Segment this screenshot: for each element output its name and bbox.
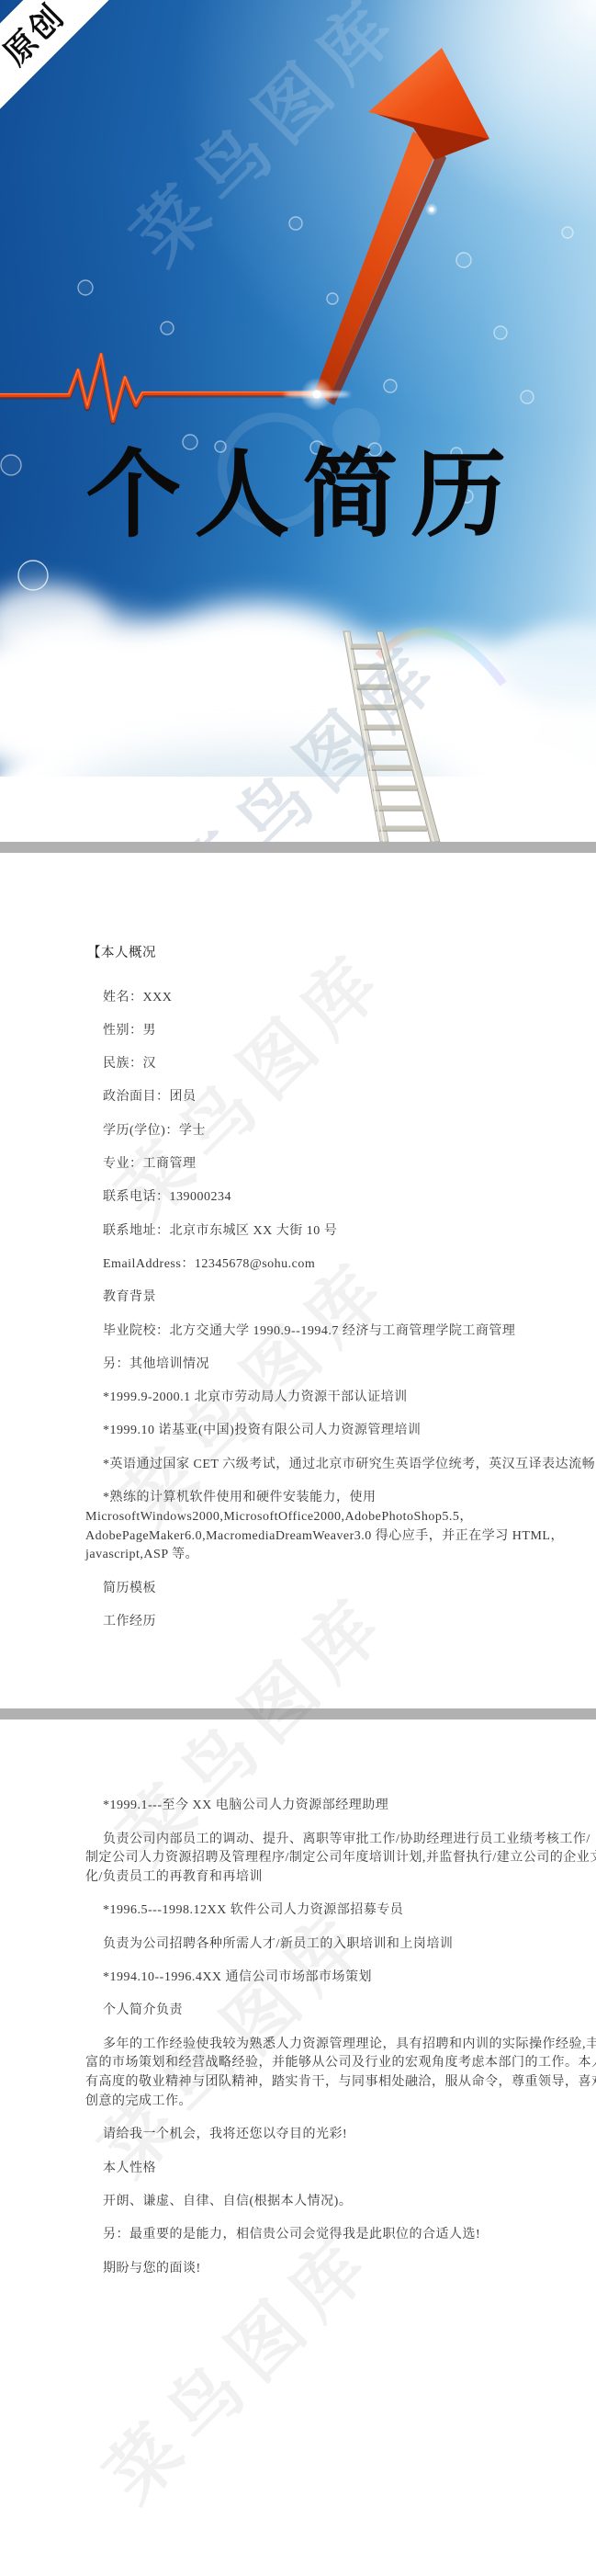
resume-line: 个人简介负责: [0, 1985, 596, 2018]
line-text: 期盼与您的面谈!: [103, 2262, 201, 2276]
line-text: 工作经历: [103, 1615, 156, 1629]
line-text: *熟练的计算机软件使用和硬件安装能力，使用: [103, 1491, 377, 1505]
resume-line: 专业：工商管理: [0, 1139, 596, 1172]
resume-line: 工作经历: [0, 1596, 596, 1629]
line-text: 政治面目：团员: [103, 1090, 197, 1105]
line-text: 请给我一个机会，我将还您以夺目的光彩!: [103, 2128, 347, 2142]
rainbow: [378, 631, 503, 684]
line-text: 创意的完成工作。: [85, 2094, 192, 2109]
resume-line: *1999.10 诺基亚(中国)投资有限公司人力资源管理培训: [0, 1405, 596, 1438]
line-text: 多年的工作经验使我较为熟悉人力资源管理理论，具有招聘和内训的实际操作经验,丰: [103, 2037, 596, 2052]
resume-line: 请给我一个机会，我将还您以夺目的光彩!: [0, 2109, 596, 2142]
line-text: 制定公司人力资源招聘及管理程序/制定公司年度培训计划,并监督执行/建立公司的企业…: [85, 1851, 596, 1866]
resume-line: 政治面目：团员: [0, 1072, 596, 1105]
line-text: 个人简介负责: [103, 2003, 183, 2018]
resume-line: *1999.1---至今 XX 电脑公司人力资源部经理助理: [0, 1780, 596, 1813]
line-text: 联系电话：139000234: [103, 1190, 231, 1205]
ladder-artwork: [0, 0, 596, 842]
resume-line: MicrosoftWindows2000,MicrosoftOffice2000…: [0, 1505, 596, 1525]
line-text: 性别：男: [103, 1024, 156, 1038]
resume-line: 另：其他培训情况: [0, 1339, 596, 1372]
line-text: *1999.1---至今 XX 电脑公司人力资源部经理助理: [103, 1799, 388, 1813]
resume-line: 有高度的敬业精神与团队精神，踏实肯干，与同事相处融洽，服从命令，尊重领导，喜欢有: [0, 2071, 596, 2090]
resume-line: 本人性格: [0, 2142, 596, 2175]
line-text: AdobePageMaker6.0,MacromediaDreamWeaver3…: [85, 1529, 564, 1544]
line-text: 化/负责员工的再教育和再培训: [85, 1870, 263, 1885]
resume-line: 学历(学位)：学士: [0, 1105, 596, 1138]
resume-line: *1996.5---1998.12XX 软件公司人力资源部招募专员: [0, 1885, 596, 1918]
line-text: 简历模板: [103, 1582, 156, 1596]
line-text: javascript,ASP 等。: [85, 1548, 198, 1562]
line-text: *1996.5---1998.12XX 软件公司人力资源部招募专员: [103, 1903, 403, 1918]
resume-line: 简历模板: [0, 1562, 596, 1595]
resume-line: 制定公司人力资源招聘及管理程序/制定公司年度培训计划,并监督执行/建立公司的企业…: [0, 1847, 596, 1867]
resume-line: *英语通过国家 CET 六级考试，通过北京市研究生英语学位统考，英汉互译表达流畅: [0, 1438, 596, 1471]
resume-line: 姓名：XXX: [0, 971, 596, 1004]
resume-page-1: 【本人概况姓名：XXX性别：男民族：汉政治面目：团员学历(学位)：学士专业：工商…: [0, 853, 596, 1708]
line-text: 联系地址：北京市东城区 XX 大街 10 号: [103, 1224, 337, 1239]
line-text: *1999.10 诺基亚(中国)投资有限公司人力资源管理培训: [103, 1424, 421, 1438]
divider-bar: [0, 1708, 596, 1719]
divider-bar: [0, 842, 596, 853]
line-text: 毕业院校：北方交通大学 1990.9--1994.7 经济与工商管理学院工商管理: [103, 1324, 515, 1339]
line-text: *英语通过国家 CET 六级考试，通过北京市研究生英语学位统考，英汉互译表达流畅: [103, 1458, 595, 1472]
resume-line: *1994.10--1996.4XX 通信公司市场部市场策划: [0, 1952, 596, 1985]
line-text: 教育背景: [103, 1290, 156, 1305]
line-text: 【本人概况: [87, 946, 156, 960]
resume-line: 联系地址：北京市东城区 XX 大街 10 号: [0, 1205, 596, 1238]
resume-title: 个人简历: [0, 448, 596, 543]
line-text: 民族：汉: [103, 1057, 156, 1072]
line-text: 另：最重要的是能力，相信贵公司会觉得我是此职位的合适人选!: [103, 2228, 480, 2242]
resume-line: EmailAddress：12345678@sohu.com: [0, 1239, 596, 1272]
resume-line: 【本人概况: [0, 927, 596, 960]
line-text: *1999.9-2000.1 北京市劳动局人力资源干部认证培训: [103, 1390, 408, 1405]
resume-line: 化/负责员工的再教育和再培训: [0, 1866, 596, 1885]
line-text: MicrosoftWindows2000,MicrosoftOffice2000…: [85, 1510, 473, 1525]
resume-line: 性别：男: [0, 1005, 596, 1038]
resume-line: 富的市场策划和经营战略经验，并能够从公司及行业的宏观角度考虑本部门的工作。本人具: [0, 2052, 596, 2071]
line-text: 另：其他培训情况: [103, 1357, 209, 1372]
resume-line: 期盼与您的面谈!: [0, 2242, 596, 2275]
resume-line: *熟练的计算机软件使用和硬件安装能力，使用: [0, 1472, 596, 1505]
resume-line: 开朗、谦虚、自律、自信(根据本人情况)。: [0, 2176, 596, 2209]
resume-line: *1999.9-2000.1 北京市劳动局人力资源干部认证培训: [0, 1372, 596, 1405]
line-text: 姓名：XXX: [103, 991, 172, 1005]
ladder: [343, 631, 440, 842]
resume-line: AdobePageMaker6.0,MacromediaDreamWeaver3…: [0, 1525, 596, 1544]
line-text: 专业：工商管理: [103, 1157, 197, 1172]
resume-poster: 菜鸟图库: [0, 0, 596, 2576]
line-text: EmailAddress：12345678@sohu.com: [103, 1257, 315, 1272]
line-text: 开朗、谦虚、自律、自信(根据本人情况)。: [103, 2195, 352, 2209]
hero-image: 菜鸟图库: [0, 0, 596, 842]
line-text: 本人性格: [103, 2162, 156, 2176]
resume-line: 多年的工作经验使我较为熟悉人力资源管理理论，具有招聘和内训的实际操作经验,丰: [0, 2018, 596, 2051]
line-text: 学历(学位)：学士: [103, 1124, 206, 1139]
line-text: 有高度的敬业精神与团队精神，踏实肯干，与同事相处融洽，服从命令，尊重领导，喜欢有: [85, 2075, 596, 2090]
resume-line: 教育背景: [0, 1272, 596, 1305]
line-text: 负责为公司招聘各种所需人才/新员工的入职培训和上岗培训: [103, 1937, 453, 1952]
resume-line: 联系电话：139000234: [0, 1172, 596, 1205]
line-text: 负责公司内部员工的调动、提升、离职等审批工作/协助经理进行员工业绩考核工作/: [103, 1833, 590, 1847]
resume-line: javascript,ASP 等。: [0, 1544, 596, 1563]
resume-line: 民族：汉: [0, 1038, 596, 1072]
resume-line: 负责为公司招聘各种所需人才/新员工的入职培训和上岗培训: [0, 1918, 596, 1951]
resume-line: 创意的完成工作。: [0, 2090, 596, 2109]
line-text: 富的市场策划和经营战略经验，并能够从公司及行业的宏观角度考虑本部门的工作。本人具: [85, 2056, 596, 2071]
line-text: *1994.10--1996.4XX 通信公司市场部市场策划: [103, 1970, 372, 1985]
resume-line: 另：最重要的是能力，相信贵公司会觉得我是此职位的合适人选!: [0, 2209, 596, 2242]
resume-line: 毕业院校：北方交通大学 1990.9--1994.7 经济与工商管理学院工商管理: [0, 1305, 596, 1338]
resume-line: 负责公司内部员工的调动、提升、离职等审批工作/协助经理进行员工业绩考核工作/: [0, 1813, 596, 1846]
resume-page-2: *1999.1---至今 XX 电脑公司人力资源部经理助理负责公司内部员工的调动…: [0, 1719, 596, 2576]
